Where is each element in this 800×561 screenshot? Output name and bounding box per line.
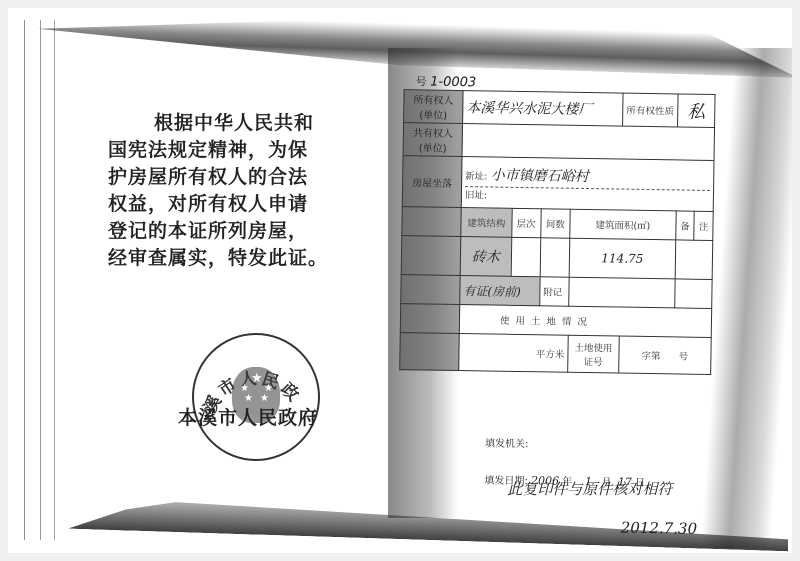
land-cert-label: 土地使用证号 [568,335,620,373]
floors-header: 层次 [511,208,541,237]
area-header: 建筑面积(㎡) [570,209,676,240]
certificate-number: 号 1-0003 [416,73,477,90]
appendix-extra [675,279,713,309]
owner-label: 所有权人(单位) [404,90,464,124]
co-owner-value [462,124,714,161]
preamble-text: 根据中华人民共和 国宪法规定精神，为保 护房屋所有权人的合法 权益，对所有权人申… [108,110,368,272]
preamble-line: 根据中华人民共和 [108,110,368,137]
land-cert-no-label: 号 [679,351,689,362]
co-owner-label: 共有权人(单位) [403,123,463,157]
rooms-value [540,238,570,277]
land-use-title: 使用土地情况 [459,305,711,338]
building-data-row: 砖木 114.75 [401,236,713,280]
preamble-line: 护房屋所有权人的合法 [108,164,368,191]
location-label: 房屋坐落 [402,156,462,208]
structure-header: 建筑结构 [461,208,512,238]
handwritten-note: 此复印件与原件核对相符 [507,478,672,499]
scanned-certificate: 根据中华人民共和 国宪法规定精神，为保 护房屋所有权人的合法 权益，对所有权人申… [8,8,792,553]
land-cert-value: 字第 号 [619,336,712,374]
empty-label [401,275,460,305]
remarks-header-1: 备 [676,211,695,240]
appendix-label: 附记 [539,277,569,306]
handwritten-date: 2012.7.30 [621,519,698,538]
preamble-line: 登记的本证所列房屋， [108,218,368,245]
land-area-unit: 平方米 [459,334,568,373]
location-value: 新址: 小市镇磨石峪村 旧址: [461,157,714,212]
ownership-nature-value: 私 [677,94,715,128]
left-page: 根据中华人民共和 国宪法规定精神，为保 护房屋所有权人的合法 权益，对所有权人申… [60,48,390,518]
issue-info: 填发机关: 填发日期: 2006 年 1 月 17 日 [484,434,646,511]
empty-label [400,304,459,334]
issuer-name: 本溪市人民政府 [178,403,318,430]
preamble-line: 国宪法规定精神，为保 [108,137,368,164]
cert-no-value: 1-0003 [430,75,476,91]
land-use-row: 平方米 土地使用证号 字第 号 [400,333,712,375]
old-address-label: 旧址: [465,190,487,201]
issue-authority: 填发机关: [485,434,646,452]
owner-row: 所有权人(单位) 本溪华兴水泥大楼厂 所有权性质 私 [404,90,715,128]
remarks-value [675,240,713,280]
remarks-header-2: 注 [694,211,713,240]
right-page: 号 1-0003 所有权人(单位) 本溪华兴水泥大楼厂 所有权性质 私 共有权人… [389,63,726,538]
preamble-line: 经审查属实，特发此证。 [108,245,368,272]
new-address-value: 小市镇磨石峪村 [491,167,589,185]
empty-label [402,207,461,237]
property-form: 所有权人(单位) 本溪华兴水泥大楼厂 所有权性质 私 共有权人(单位) 房屋坐落… [399,89,715,375]
floors-value [511,237,541,276]
empty-label [401,236,461,276]
co-owner-row: 共有权人(单位) [403,123,714,161]
preamble-line: 权益，对所有权人申请 [108,191,368,218]
location-row: 房屋坐落 新址: 小市镇磨石峪村 旧址: [402,156,714,212]
cert-no-label: 号 [416,75,427,88]
appendix-value [569,277,675,308]
structure-value: 砖木 [460,237,511,277]
left-edge-lines [18,20,58,540]
issue-authority-label: 填发机关: [485,438,529,450]
area-value: 114.75 [569,238,676,279]
rooms-header: 间数 [540,209,570,238]
new-address-label: 新址: [465,171,487,182]
ownership-nature-label: 所有权性质 [622,93,678,127]
official-seal: 溪市人民政 ★ ★ ★ ★ ★ [192,333,320,461]
land-cert-value-label: 字第 [641,351,660,362]
empty-label [400,333,460,371]
appendix-handwriting: 有证(房前) [460,276,540,306]
owner-value: 本溪华兴水泥大楼厂 [463,91,623,127]
